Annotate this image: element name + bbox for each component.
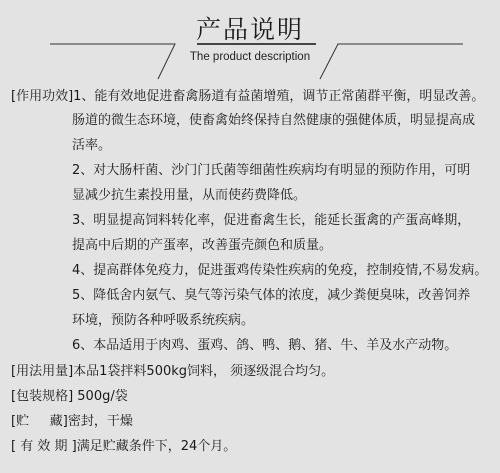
usage-text: 本品1袋拌料500kg饲料， 须逐级混合均匀。 (73, 359, 334, 384)
page-subtitle: The product description (0, 51, 500, 63)
section-usage: [用法用量] 本品1袋拌料500kg饲料， 须逐级混合均匀。 (11, 359, 496, 384)
effect-line: 提高中后期的产蛋率，改善蛋壳颜色和质量。 (72, 234, 496, 259)
product-description: [作用功效] 1、能有效地促进畜禽肠道有益菌增殖，调节正常菌群平衡，明显改善。 … (11, 84, 496, 459)
package-text: 500g/袋 (77, 384, 127, 409)
header: 产品说明 The product description (0, 0, 500, 80)
effect-line: 活率。 (72, 134, 496, 159)
section-label: [包装规格] (11, 384, 77, 409)
storage-text: 密封，干燥 (68, 409, 133, 434)
section-package: [包装规格] 500g/袋 (11, 384, 496, 409)
effect-line: 5、降低舍内氨气、臭气等污染气体的浓度，减少粪便臭味，改善饲养 (72, 284, 496, 309)
section-label: [贮 藏] (11, 409, 68, 434)
section-label: [作用功效] (11, 84, 73, 109)
section-label: [用法用量] (11, 359, 73, 384)
effect-line: 6、本品适用于肉鸡、蛋鸡、鸽、鸭、鹅、猪、牛、羊及水产动物。 (72, 334, 496, 359)
section-label: [ 有 效 期 ] (11, 434, 77, 459)
effect-line: 4、提高群体免疫力，促进蛋鸡传染性疾病的免疫，控制疫情,不易发病。 (72, 259, 496, 284)
page-title: 产品说明 (0, 10, 500, 46)
effect-line: 肠道的微生态环境，使畜禽始终保持自然健康的强健体质，明显提高成 (72, 109, 496, 134)
section-storage: [贮 藏] 密封，干燥 (11, 409, 496, 434)
effect-line: 环境，预防各种呼吸系统疾病。 (72, 309, 496, 334)
validity-text: 满足贮藏条件下，24个月。 (77, 434, 237, 459)
effect-line: 3、明显提高饲料转化率，促进畜禽生长，能延长蛋禽的产蛋高峰期， (72, 209, 496, 234)
effect-line: 1、能有效地促进畜禽肠道有益菌增殖，调节正常菌群平衡，明显改善。 (73, 84, 496, 109)
section-validity: [ 有 效 期 ] 满足贮藏条件下，24个月。 (11, 434, 496, 459)
effect-line: 2、对大肠杆菌、沙门门氏菌等细菌性疾病均有明显的预防作用，可明 (72, 159, 496, 184)
section-effect: [作用功效] 1、能有效地促进畜禽肠道有益菌增殖，调节正常菌群平衡，明显改善。 (11, 84, 496, 109)
effect-line: 显减少抗生素投用量，从而使药费降低。 (72, 184, 496, 209)
